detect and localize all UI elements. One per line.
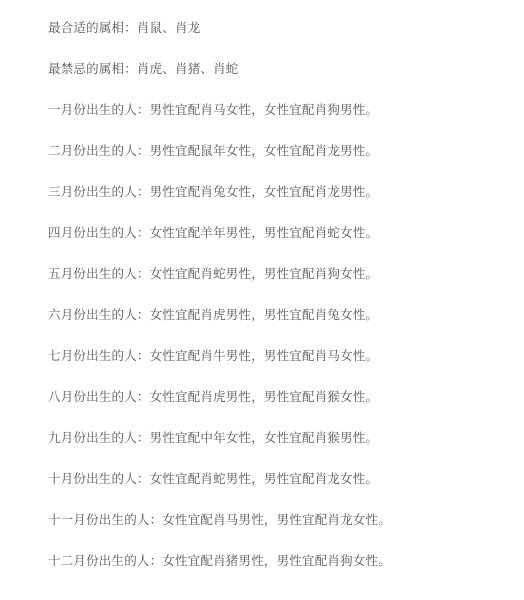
best-match-line: 最合适的属相：肖鼠、肖龙 <box>48 7 524 48</box>
month-line-february: 二月份出生的人：男性宜配鼠年女性，女性宜配肖龙男性。 <box>48 130 524 171</box>
month-line-august: 八月份出生的人：女性宜配肖虎男性，男性宜配肖猴女性。 <box>48 376 524 417</box>
month-line-july: 七月份出生的人：女性宜配肖牛男性，男性宜配肖马女性。 <box>48 335 524 376</box>
month-line-november: 十一月份出生的人：女性宜配肖马男性，男性宜配肖龙女性。 <box>48 499 524 540</box>
month-line-october: 十月份出生的人：女性宜配肖蛇男性，男性宜配肖龙女性。 <box>48 458 524 499</box>
taboo-match-line: 最禁忌的属相：肖虎、肖猪、肖蛇 <box>48 48 524 89</box>
month-line-may: 五月份出生的人：女性宜配肖蛇男性，男性宜配肖狗女性。 <box>48 253 524 294</box>
document-body: 最合适的属相：肖鼠、肖龙 最禁忌的属相：肖虎、肖猪、肖蛇 一月份出生的人：男性宜… <box>48 7 524 581</box>
month-line-december: 十二月份出生的人：女性宜配肖猪男性，男性宜配肖狗女性。 <box>48 540 524 581</box>
month-line-june: 六月份出生的人：女性宜配肖虎男性，男性宜配肖兔女性。 <box>48 294 524 335</box>
month-line-september: 九月份出生的人：男性宜配中年女性，女性宜配肖猴男性。 <box>48 417 524 458</box>
month-line-march: 三月份出生的人：男性宜配肖兔女性，女性宜配肖龙男性。 <box>48 171 524 212</box>
month-line-april: 四月份出生的人：女性宜配羊年男性，男性宜配肖蛇女性。 <box>48 212 524 253</box>
month-line-january: 一月份出生的人：男性宜配肖马女性，女性宜配肖狗男性。 <box>48 89 524 130</box>
